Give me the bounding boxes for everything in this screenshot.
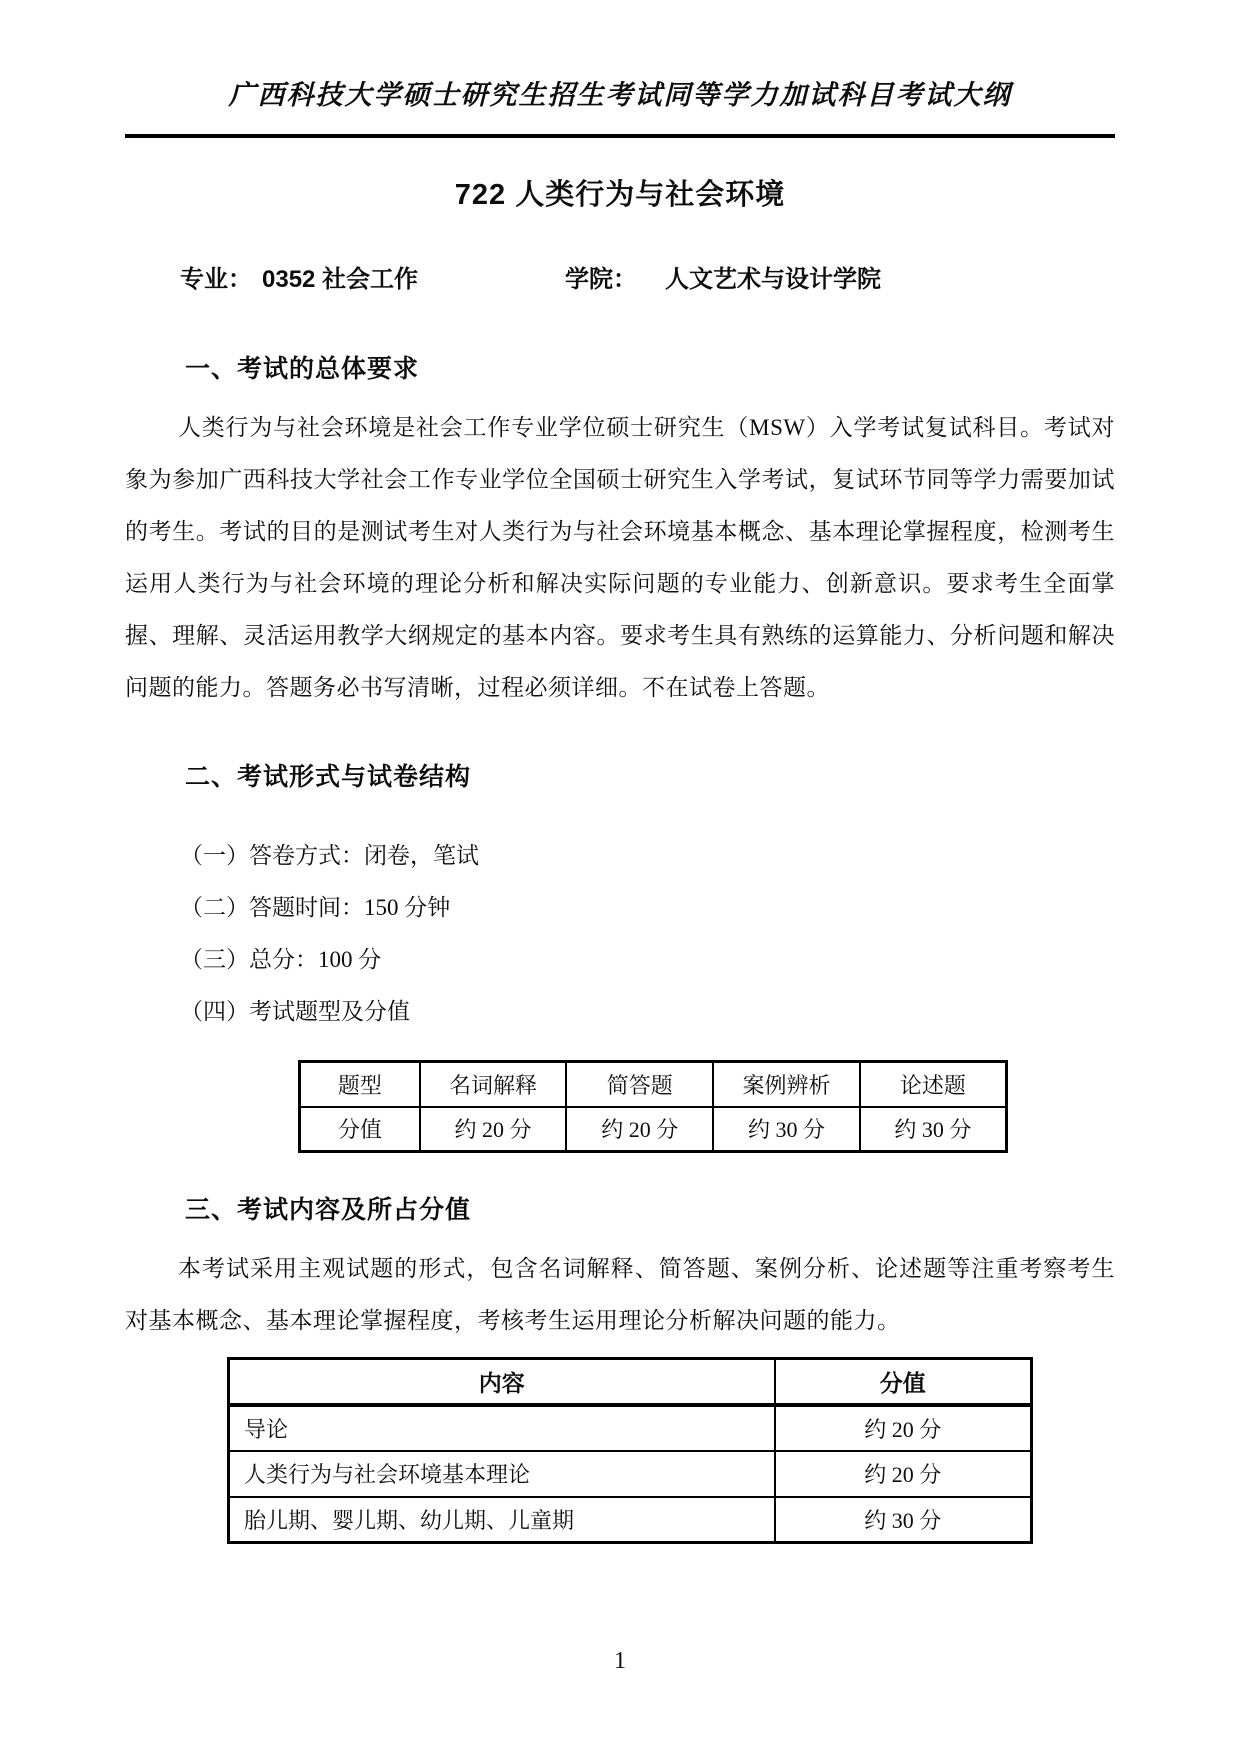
major-field: 专业：0352 社会工作 bbox=[180, 264, 418, 296]
list-item-total-score: （三）总分：100 分 bbox=[180, 934, 1115, 986]
section-2-list: （一）答卷方式：闭卷，笔试 （二）答题时间：150 分钟 （三）总分：100 分… bbox=[125, 830, 1115, 1038]
meta-row: 专业：0352 社会工作 学院：人文艺术与设计学院 bbox=[125, 264, 1115, 296]
major-label: 专业： bbox=[180, 266, 252, 293]
document-header-line: 广西科技大学硕士研究生招生考试同等学力加试科目考试大纲 bbox=[125, 0, 1115, 112]
table-cell: 约 30 分 bbox=[775, 1497, 1032, 1543]
college-field: 学院：人文艺术与设计学院 bbox=[565, 264, 881, 296]
list-item-question-types: （四）考试题型及分值 bbox=[180, 986, 1115, 1038]
table-cell: 论述题 bbox=[860, 1062, 1007, 1107]
document-page: 广西科技大学硕士研究生招生考试同等学力加试科目考试大纲 722 人类行为与社会环… bbox=[0, 0, 1240, 1754]
section-1-paragraph: 人类行为与社会环境是社会工作专业学位硕士研究生（MSW）入学考试复试科目。考试对… bbox=[125, 402, 1115, 714]
table-row: 胎儿期、婴儿期、幼儿期、儿童期 约 30 分 bbox=[229, 1497, 1032, 1543]
table-cell: 约 30 分 bbox=[713, 1107, 860, 1152]
college-value: 人文艺术与设计学院 bbox=[665, 266, 881, 293]
table-cell: 人类行为与社会环境基本理论 bbox=[229, 1451, 775, 1497]
table-header-cell: 内容 bbox=[229, 1359, 775, 1405]
table-cell: 导论 bbox=[229, 1405, 775, 1451]
header-divider-rule bbox=[125, 134, 1115, 138]
table-cell: 约 20 分 bbox=[566, 1107, 713, 1152]
table-cell: 分值 bbox=[300, 1107, 420, 1152]
table-cell: 约 20 分 bbox=[420, 1107, 567, 1152]
question-type-score-table: 题型 名词解释 简答题 案例辨析 论述题 分值 约 20 分 约 20 分 约 … bbox=[298, 1060, 1008, 1153]
table-cell: 胎儿期、婴儿期、幼儿期、儿童期 bbox=[229, 1497, 775, 1543]
section-2-heading: 二、考试形式与试卷结构 bbox=[125, 760, 1115, 794]
page-number: 1 bbox=[0, 1648, 1240, 1675]
section-3-paragraph: 本考试采用主观试题的形式，包含名词解释、简答题、案例分析、论述题等注重考察考生对… bbox=[125, 1243, 1115, 1347]
section-1-heading: 一、考试的总体要求 bbox=[125, 352, 1115, 386]
table-cell: 题型 bbox=[300, 1062, 420, 1107]
table-row: 人类行为与社会环境基本理论 约 20 分 bbox=[229, 1451, 1032, 1497]
list-item-answer-mode: （一）答卷方式：闭卷，笔试 bbox=[180, 830, 1115, 882]
table-cell: 约 20 分 bbox=[775, 1405, 1032, 1451]
college-label: 学院： bbox=[565, 266, 637, 293]
section-3-heading: 三、考试内容及所占分值 bbox=[125, 1193, 1115, 1227]
table-row: 题型 名词解释 简答题 案例辨析 论述题 bbox=[300, 1062, 1007, 1107]
table-cell: 约 30 分 bbox=[860, 1107, 1007, 1152]
table-row: 导论 约 20 分 bbox=[229, 1405, 1032, 1451]
table-header-row: 内容 分值 bbox=[229, 1359, 1032, 1405]
content-score-table: 内容 分值 导论 约 20 分 人类行为与社会环境基本理论 约 20 分 胎儿期… bbox=[227, 1357, 1033, 1544]
table-cell: 案例辨析 bbox=[713, 1062, 860, 1107]
table-header-cell: 分值 bbox=[775, 1359, 1032, 1405]
table-cell: 名词解释 bbox=[420, 1062, 567, 1107]
page-title: 722 人类行为与社会环境 bbox=[125, 178, 1115, 212]
list-item-duration: （二）答题时间：150 分钟 bbox=[180, 882, 1115, 934]
document-content: 广西科技大学硕士研究生招生考试同等学力加试科目考试大纲 722 人类行为与社会环… bbox=[0, 0, 1240, 1544]
major-value: 0352 社会工作 bbox=[262, 266, 418, 293]
table-cell: 简答题 bbox=[566, 1062, 713, 1107]
table-cell: 约 20 分 bbox=[775, 1451, 1032, 1497]
table-row: 分值 约 20 分 约 20 分 约 30 分 约 30 分 bbox=[300, 1107, 1007, 1152]
